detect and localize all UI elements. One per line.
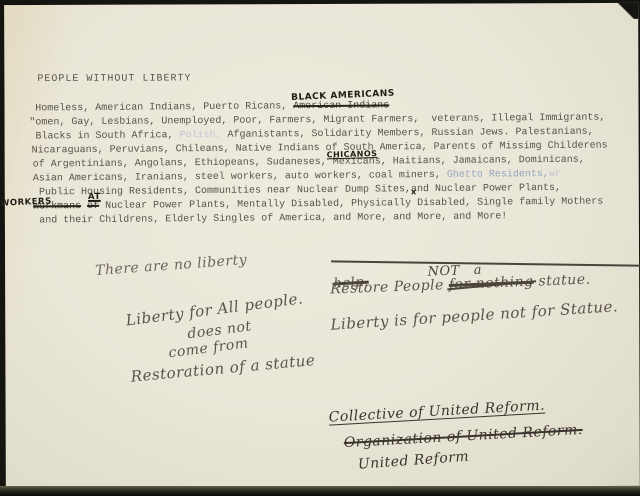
blue-pen-faded-text: wr xyxy=(549,169,561,180)
typed-text: Afganistants, Solidarity Members, Russia… xyxy=(221,127,593,141)
document-page: PEOPLE WITHOUT LIBERTY Homeless, America… xyxy=(4,3,640,488)
struck-text: of xyxy=(87,201,99,212)
book-edge-shadow xyxy=(0,486,640,496)
typed-text: Homeless, American Indians, Puerto Rican… xyxy=(35,101,293,114)
handwritten-note-organization-struck: Organization of United Reform. xyxy=(343,422,583,451)
handwritten-note-liberty-is-for-people: Liberty is for people not for Statue. xyxy=(330,297,619,334)
typed-text: Asian Americans, Iranians, steel workers… xyxy=(33,170,447,185)
handwritten-note-collective-united-reform: Collective of United Reform. xyxy=(328,398,545,426)
page-title: PEOPLE WITHOUT LIBERTY xyxy=(37,73,191,85)
page-corner-shadow xyxy=(608,3,638,19)
blue-pen-text: Ghetto Residents, xyxy=(447,169,549,181)
typed-paragraph: Homeless, American Indians, Puerto Rican… xyxy=(29,98,608,229)
handwritten-note-united-reform: United Reform xyxy=(357,449,469,473)
typed-text: Blacks in South Africa, xyxy=(35,130,179,142)
handwritten-note-restoration: Restoration of a statue xyxy=(130,351,316,386)
handwritten-insert-chicanos: CHICANOS xyxy=(327,149,378,159)
handwritten-text: statue. xyxy=(533,272,591,290)
handwritten-insert-at: AT xyxy=(88,192,101,202)
struck-of-wrapper: ofAT xyxy=(87,201,99,212)
handwritten-note-no-liberty: There are no liberty xyxy=(95,252,248,279)
handwritten-text: Restore People xyxy=(330,277,449,298)
photo-frame: PEOPLE WITHOUT LIBERTY Homeless, America… xyxy=(0,0,640,496)
handwritten-insert-not-a: NOT a xyxy=(427,263,482,280)
typed-text: and Nuclear Power Plants, xyxy=(411,183,561,195)
blue-pen-text: Polish, xyxy=(179,130,221,141)
